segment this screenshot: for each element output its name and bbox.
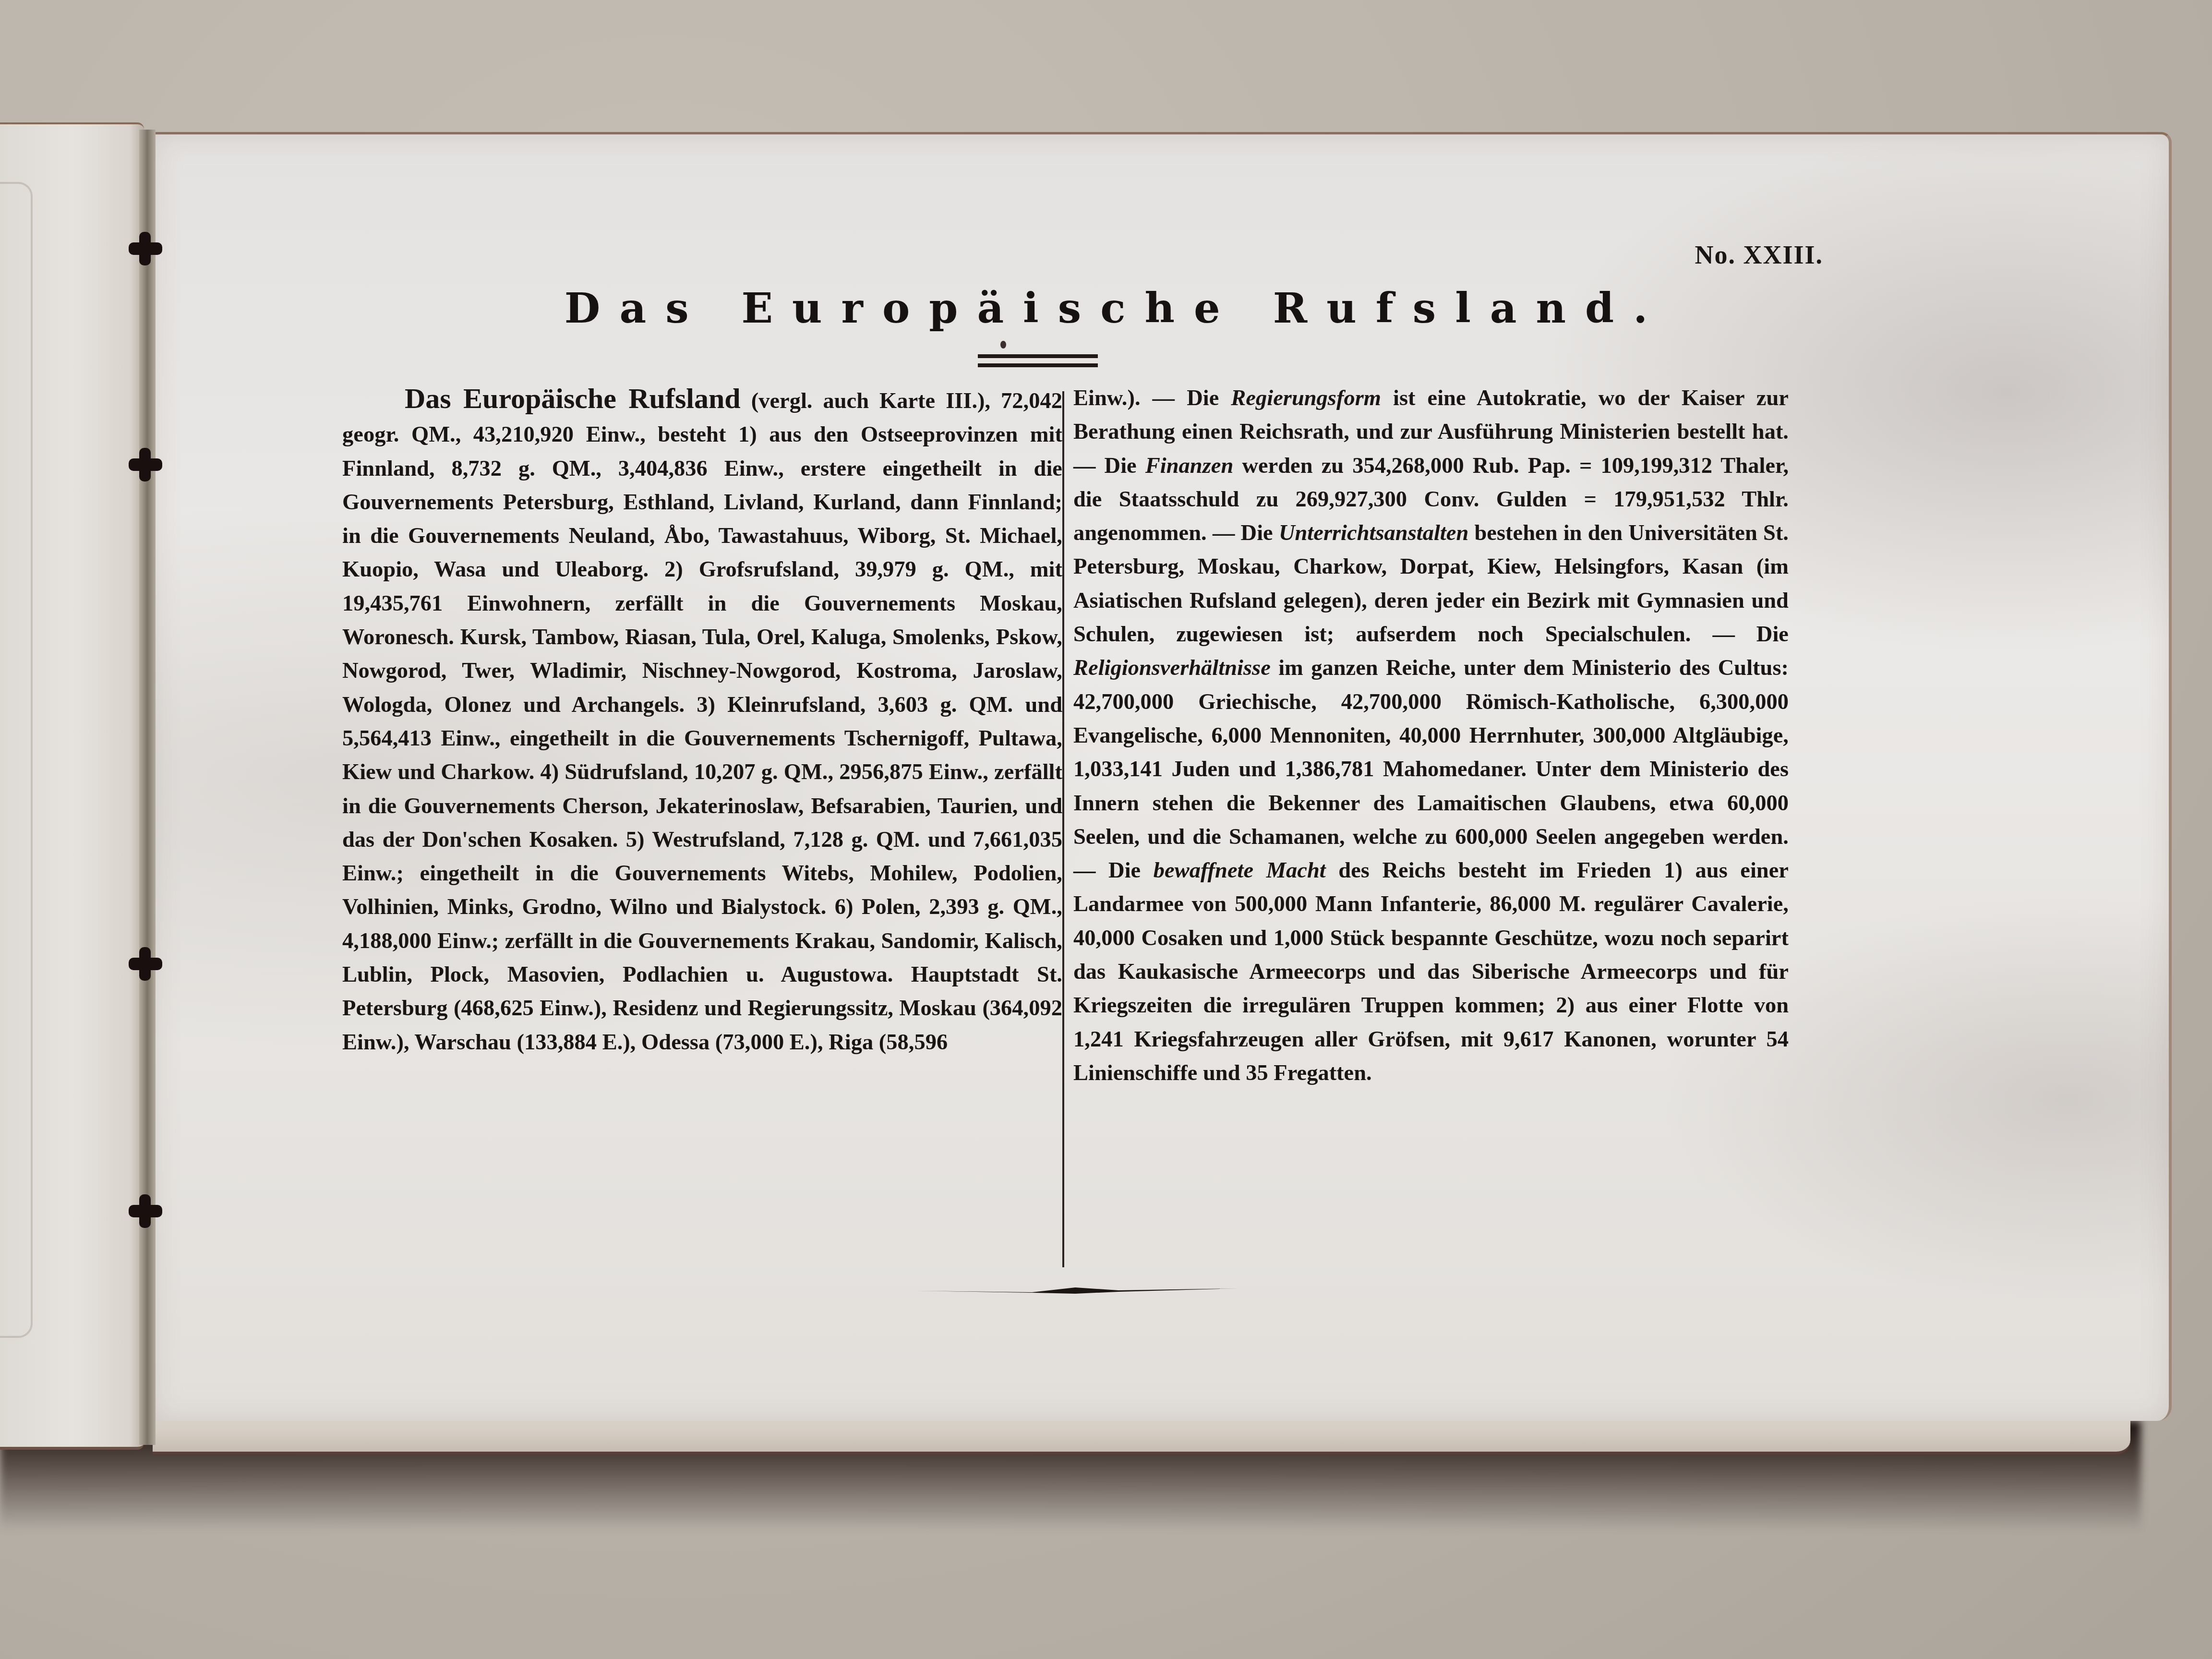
italic-term: Religionsverhältnisse <box>1073 656 1271 680</box>
bottom-ornament-rule <box>917 1286 1238 1294</box>
binding-stitch <box>129 1205 162 1217</box>
italic-term: Regierungsform <box>1231 386 1381 410</box>
left-column-text: (vergl. auch Karte III.), 72,042 geogr. … <box>342 389 1062 1055</box>
text-segment: des Reichs besteht im Frieden 1) aus ein… <box>1073 858 1789 1085</box>
binding-stitch <box>129 958 162 970</box>
text-segment: im ganzen Reiche, unter dem Ministerio d… <box>1073 656 1789 883</box>
column-divider <box>1062 391 1064 1267</box>
italic-term: Finanzen <box>1145 454 1234 478</box>
title-ornament-dot <box>1000 341 1006 349</box>
right-column-paragraph: Einw.). — Die Regierungsform ist eine Au… <box>1073 382 1789 1090</box>
title-double-rule <box>978 354 1098 358</box>
show-through-frame <box>0 182 33 1338</box>
right-text-column: Einw.). — Die Regierungsform ist eine Au… <box>1073 382 1789 1090</box>
left-text-column: Das Europäische Rufsland (vergl. auch Ka… <box>342 382 1062 1059</box>
plate-number: No. XXIII. <box>1695 240 1823 270</box>
text-segment: Einw.). — Die <box>1073 386 1231 410</box>
page-title: Das Europäische Rufsland. <box>0 284 2212 333</box>
binding-stitch <box>129 458 162 471</box>
binding-stitch <box>129 242 162 255</box>
italic-term: bewaffnete Macht <box>1154 858 1326 883</box>
left-column-paragraph: Das Europäische Rufsland (vergl. auch Ka… <box>342 382 1062 1059</box>
title-double-rule <box>978 363 1098 367</box>
lead-heading: Das Europäische Rufsland <box>342 383 741 414</box>
italic-term: Unterrichtsanstalten <box>1279 521 1468 545</box>
